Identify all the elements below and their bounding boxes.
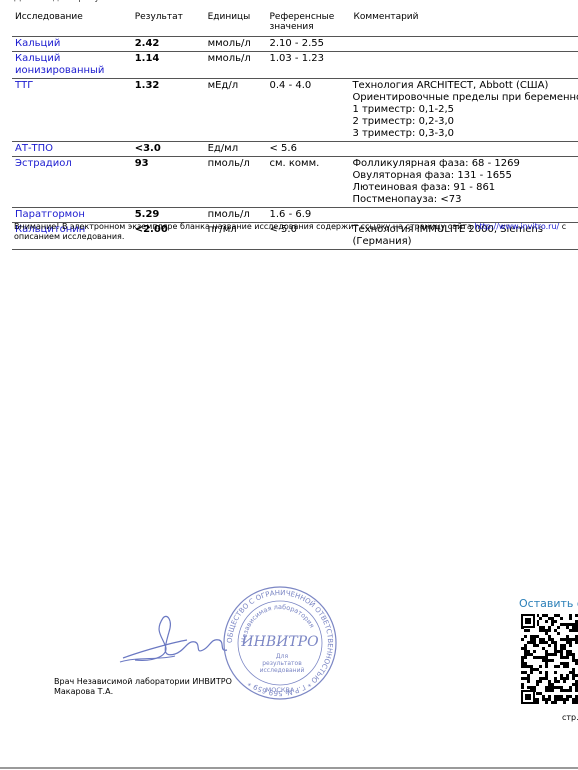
result-value: 1.14	[132, 52, 205, 79]
test-name-link[interactable]: ТТГ	[12, 79, 132, 142]
svg-text:Для: Для	[276, 653, 289, 660]
comment-line: Лютеиновая фаза: 91 - 861	[352, 182, 578, 194]
comment-line: 1 триместр: 0,1-2,5	[352, 104, 578, 116]
test-name-link[interactable]: АТ-ТПО	[12, 142, 132, 157]
units-value: ммоль/л	[205, 52, 267, 79]
col-header-result: Результат	[132, 9, 205, 37]
signature-image	[115, 610, 230, 670]
result-value: <3.0	[132, 142, 205, 157]
table-row: АТ-ТПО<3.0Ед/мл< 5.6	[12, 142, 578, 157]
doctor-signature-block: Врач Независимой лаборатории ИНВИТРО Мак…	[54, 677, 232, 697]
test-name-link[interactable]: Эстрадиол	[12, 157, 132, 208]
test-name-link[interactable]: Кальций ионизированный	[12, 52, 132, 79]
reference-value: 0.4 - 4.0	[266, 79, 349, 142]
result-value: 1.32	[132, 79, 205, 142]
doctor-title: Врач Независимой лаборатории ИНВИТРО	[54, 677, 232, 687]
table-row: Эстрадиол93пмоль/лсм. комм.Фолликулярная…	[12, 157, 578, 208]
table-row: Паратгормон5.29пмоль/л1.6 - 6.9	[12, 208, 578, 223]
svg-text:исследований: исследований	[260, 667, 305, 674]
svg-text:МОСКВА: МОСКВА	[266, 686, 295, 694]
header-cut-text: Дата выдачи результата	[14, 0, 132, 3]
svg-text:результатов: результатов	[262, 660, 302, 667]
reference-value: см. комм.	[266, 157, 349, 208]
comment-line: 3 триместр: 0,3-3,0	[352, 128, 578, 140]
comment-cell: Технология ARCHITECT, Abbott (США)Ориент…	[349, 79, 578, 142]
qr-code-image	[521, 614, 578, 704]
table-row: Кальций2.42ммоль/л2.10 - 2.55	[12, 37, 578, 52]
col-header-units: Единицы	[205, 9, 267, 37]
reference-value: < 5.6	[266, 142, 349, 157]
reference-value: 1.6 - 6.9	[266, 208, 349, 223]
doctor-name: Макарова Т.А.	[54, 687, 232, 697]
test-name-link[interactable]: Паратгормон	[12, 208, 132, 223]
svg-text:ИНВИТРО: ИНВИТРО	[240, 634, 319, 650]
units-value: мЕд/л	[205, 79, 267, 142]
table-row: Кальций ионизированный1.14ммоль/л1.03 - …	[12, 52, 578, 79]
col-header-comment: Комментарий	[349, 9, 578, 37]
notice-text: Внимание! В электронном экземпляре бланк…	[14, 222, 578, 242]
col-header-test: Исследование	[12, 9, 132, 37]
comment-cell	[349, 52, 578, 79]
comment-cell: Фолликулярная фаза: 68 - 1269Овуляторная…	[349, 157, 578, 208]
units-value: пмоль/л	[205, 208, 267, 223]
result-value: 2.42	[132, 37, 205, 52]
table-row: ТТГ1.32мЕд/л0.4 - 4.0Технология ARCHITEC…	[12, 79, 578, 142]
reference-value: 1.03 - 1.23	[266, 52, 349, 79]
comment-cell	[349, 208, 578, 223]
invitro-link[interactable]: http://www.invitro.ru/	[474, 222, 559, 231]
comment-line: Овуляторная фаза: 131 - 1655	[352, 170, 578, 182]
test-name-link[interactable]: Кальций	[12, 37, 132, 52]
feedback-link[interactable]: Оставить отзыв	[519, 597, 578, 610]
lab-stamp-image: ОБЩЕСТВО С ОГРАНИЧЕННОЙ ОТВЕТСТВЕННОСТЬЮ…	[222, 584, 338, 702]
comment-line: Фолликулярная фаза: 68 - 1269	[352, 158, 578, 170]
units-value: Ед/мл	[205, 142, 267, 157]
col-header-reference: Референсныезначения	[266, 9, 349, 37]
reference-value: 2.10 - 2.55	[266, 37, 349, 52]
result-value: 93	[132, 157, 205, 208]
comment-line: Технология ARCHITECT, Abbott (США)	[352, 80, 578, 92]
comment-line: Постменопауза: <73	[352, 194, 578, 206]
comment-cell	[349, 142, 578, 157]
results-table: Исследование Результат Единицы Референсн…	[12, 9, 578, 250]
comment-line: 2 триместр: 0,2-3,0	[352, 116, 578, 128]
page-number-label: стр.	[562, 713, 578, 722]
comment-cell	[349, 37, 578, 52]
result-value: 5.29	[132, 208, 205, 223]
units-value: ммоль/л	[205, 37, 267, 52]
units-value: пмоль/л	[205, 157, 267, 208]
table-header-row: Исследование Результат Единицы Референсн…	[12, 9, 578, 37]
comment-line: Ориентировочные пределы при беременности	[352, 92, 578, 104]
page-bottom-divider	[0, 767, 578, 769]
